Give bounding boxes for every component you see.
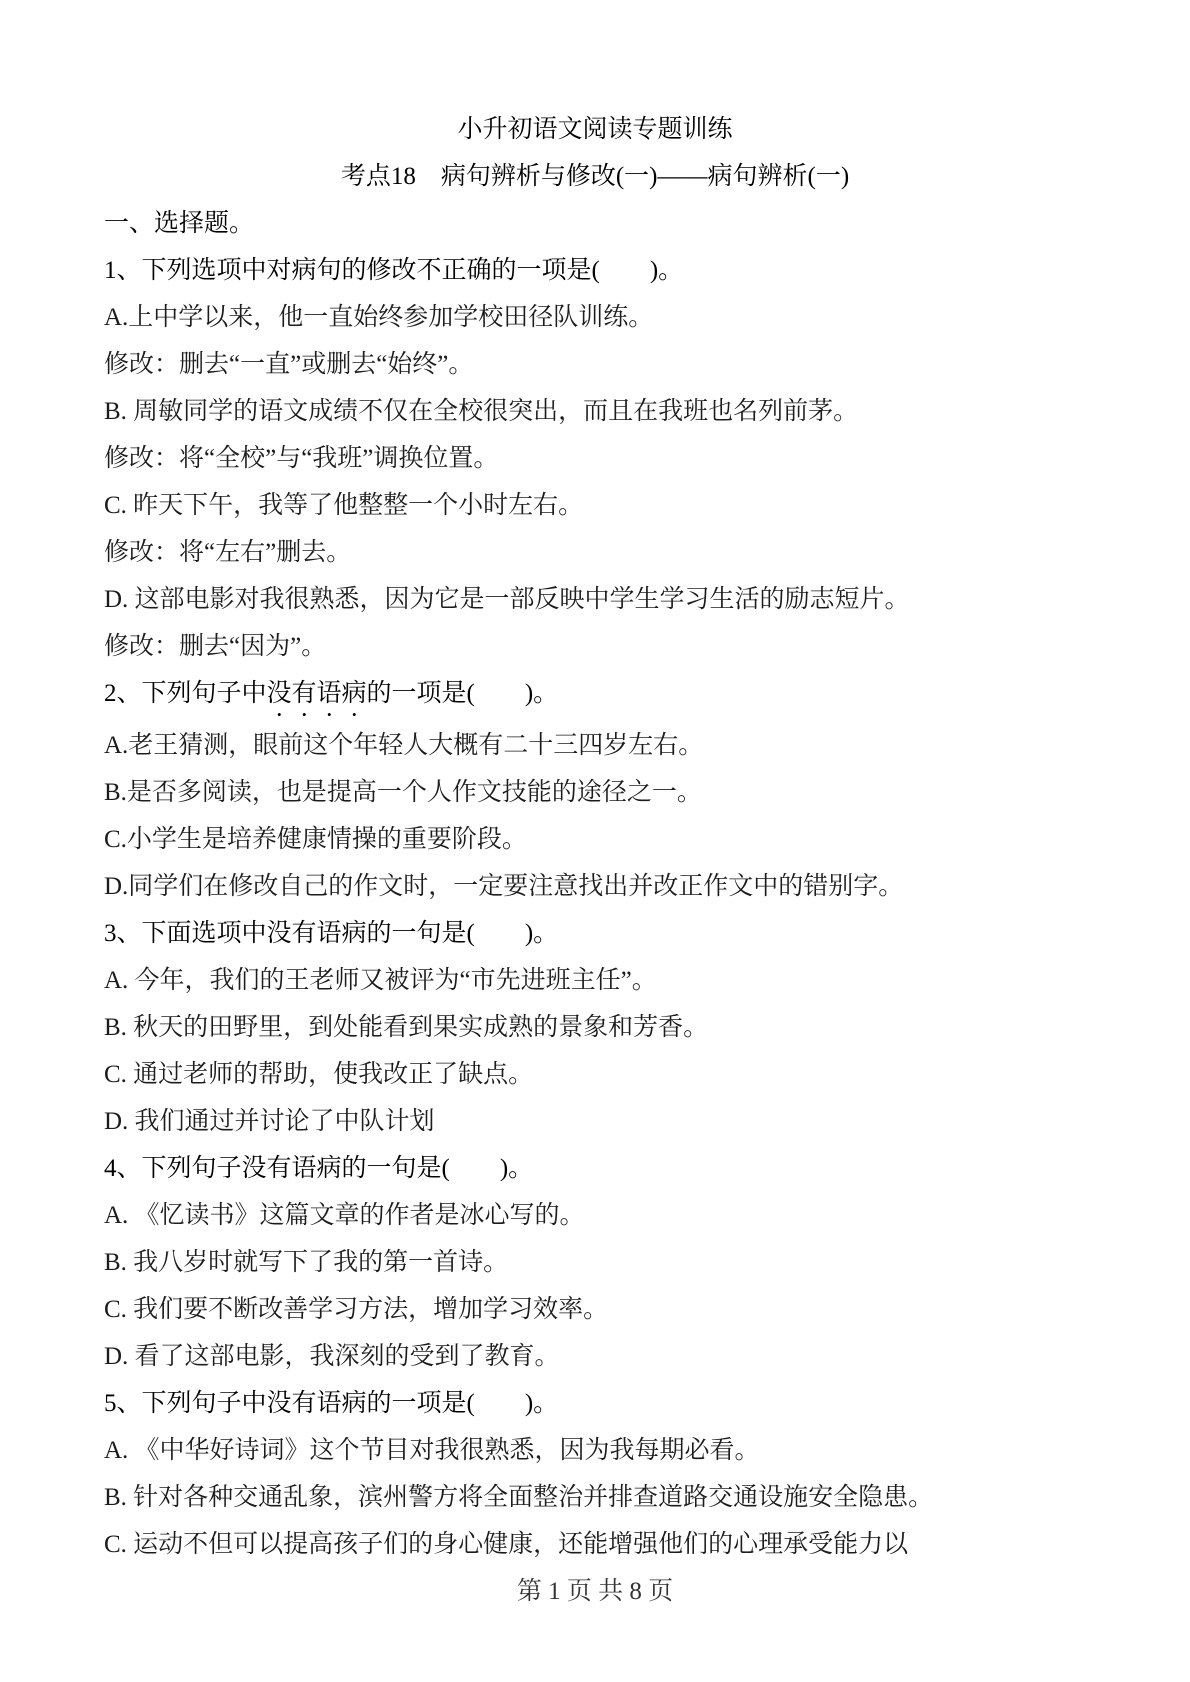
q4-option-c: C. 我们要不断改善学习方法，增加学习效率。 <box>104 1286 1086 1333</box>
doc-title: 小升初语文阅读专题训练 <box>104 106 1086 153</box>
q5-option-c: C. 运动不但可以提高孩子们的身心健康，还能增强他们的心理承受能力以 <box>104 1521 1086 1568</box>
q4-option-a: A. 《忆读书》这篇文章的作者是冰心写的。 <box>104 1192 1086 1239</box>
q1-option-a: A.上中学以来，他一直始终参加学校田径队训练。 <box>104 294 1086 341</box>
q3-option-a: A. 今年，我们的王老师又被评为“市先进班主任”。 <box>104 957 1086 1004</box>
doc-subtitle: 考点18 病句辨析与修改(一)——病句辨析(一) <box>104 153 1086 200</box>
q2-option-d: D.同学们在修改自己的作文时，一定要注意找出并改正作文中的错别字。 <box>104 863 1086 910</box>
q2-option-c: C.小学生是培养健康情操的重要阶段。 <box>104 816 1086 863</box>
document-page: 小升初语文阅读专题训练 考点18 病句辨析与修改(一)——病句辨析(一) 一、选… <box>0 0 1190 1682</box>
q1-option-d: D. 这部电影对我很熟悉，因为它是一部反映中学生学习生活的励志短片。 <box>104 576 1086 623</box>
q2-option-b: B.是否多阅读，也是提高一个人作文技能的途径之一。 <box>104 769 1086 816</box>
q5-title: 5、下列句子中没有语病的一项是( )。 <box>104 1380 1086 1427</box>
q2-option-a: A.老王猜测，眼前这个年轻人大概有二十三四岁左右。 <box>104 722 1086 769</box>
q5-option-a: A. 《中华好诗词》这个节目对我很熟悉，因为我每期必看。 <box>104 1427 1086 1474</box>
q3-option-d: D. 我们通过并讨论了中队计划 <box>104 1098 1086 1145</box>
q2-title-emphasis: 没有语病 <box>267 680 367 707</box>
page-footer: 第 1 页 共 8 页 <box>104 1568 1086 1615</box>
section-heading: 一、选择题。 <box>104 200 1086 247</box>
q1-fix-b: 修改：将“全校”与“我班”调换位置。 <box>104 435 1086 482</box>
q4-option-b: B. 我八岁时就写下了我的第一首诗。 <box>104 1239 1086 1286</box>
q1-fix-c: 修改：将“左右”删去。 <box>104 529 1086 576</box>
q4-title: 4、下列句子没有语病的一句是( )。 <box>104 1145 1086 1192</box>
q3-option-c: C. 通过老师的帮助，使我改正了缺点。 <box>104 1051 1086 1098</box>
q1-option-b: B. 周敏同学的语文成绩不仅在全校很突出，而且在我班也名列前茅。 <box>104 388 1086 435</box>
q1-option-c: C. 昨天下午，我等了他整整一个小时左右。 <box>104 482 1086 529</box>
q2-title-suffix: 的一项是( )。 <box>367 680 559 707</box>
q2-title-prefix: 2、下列句子中 <box>104 680 267 707</box>
q3-title: 3、下面选项中没有语病的一句是( )。 <box>104 910 1086 957</box>
q4-option-d: D. 看了这部电影，我深刻的受到了教育。 <box>104 1333 1086 1380</box>
q2-title: 2、下列句子中没有语病的一项是( )。 <box>104 670 1086 722</box>
q1-fix-a: 修改：删去“一直”或删去“始终”。 <box>104 341 1086 388</box>
q5-option-b: B. 针对各种交通乱象，滨州警方将全面整治并排查道路交通设施安全隐患。 <box>104 1474 1086 1521</box>
q1-title: 1、下列选项中对病句的修改不正确的一项是( )。 <box>104 247 1086 294</box>
q1-fix-d: 修改：删去“因为”。 <box>104 623 1086 670</box>
q3-option-b: B. 秋天的田野里，到处能看到果实成熟的景象和芳香。 <box>104 1004 1086 1051</box>
